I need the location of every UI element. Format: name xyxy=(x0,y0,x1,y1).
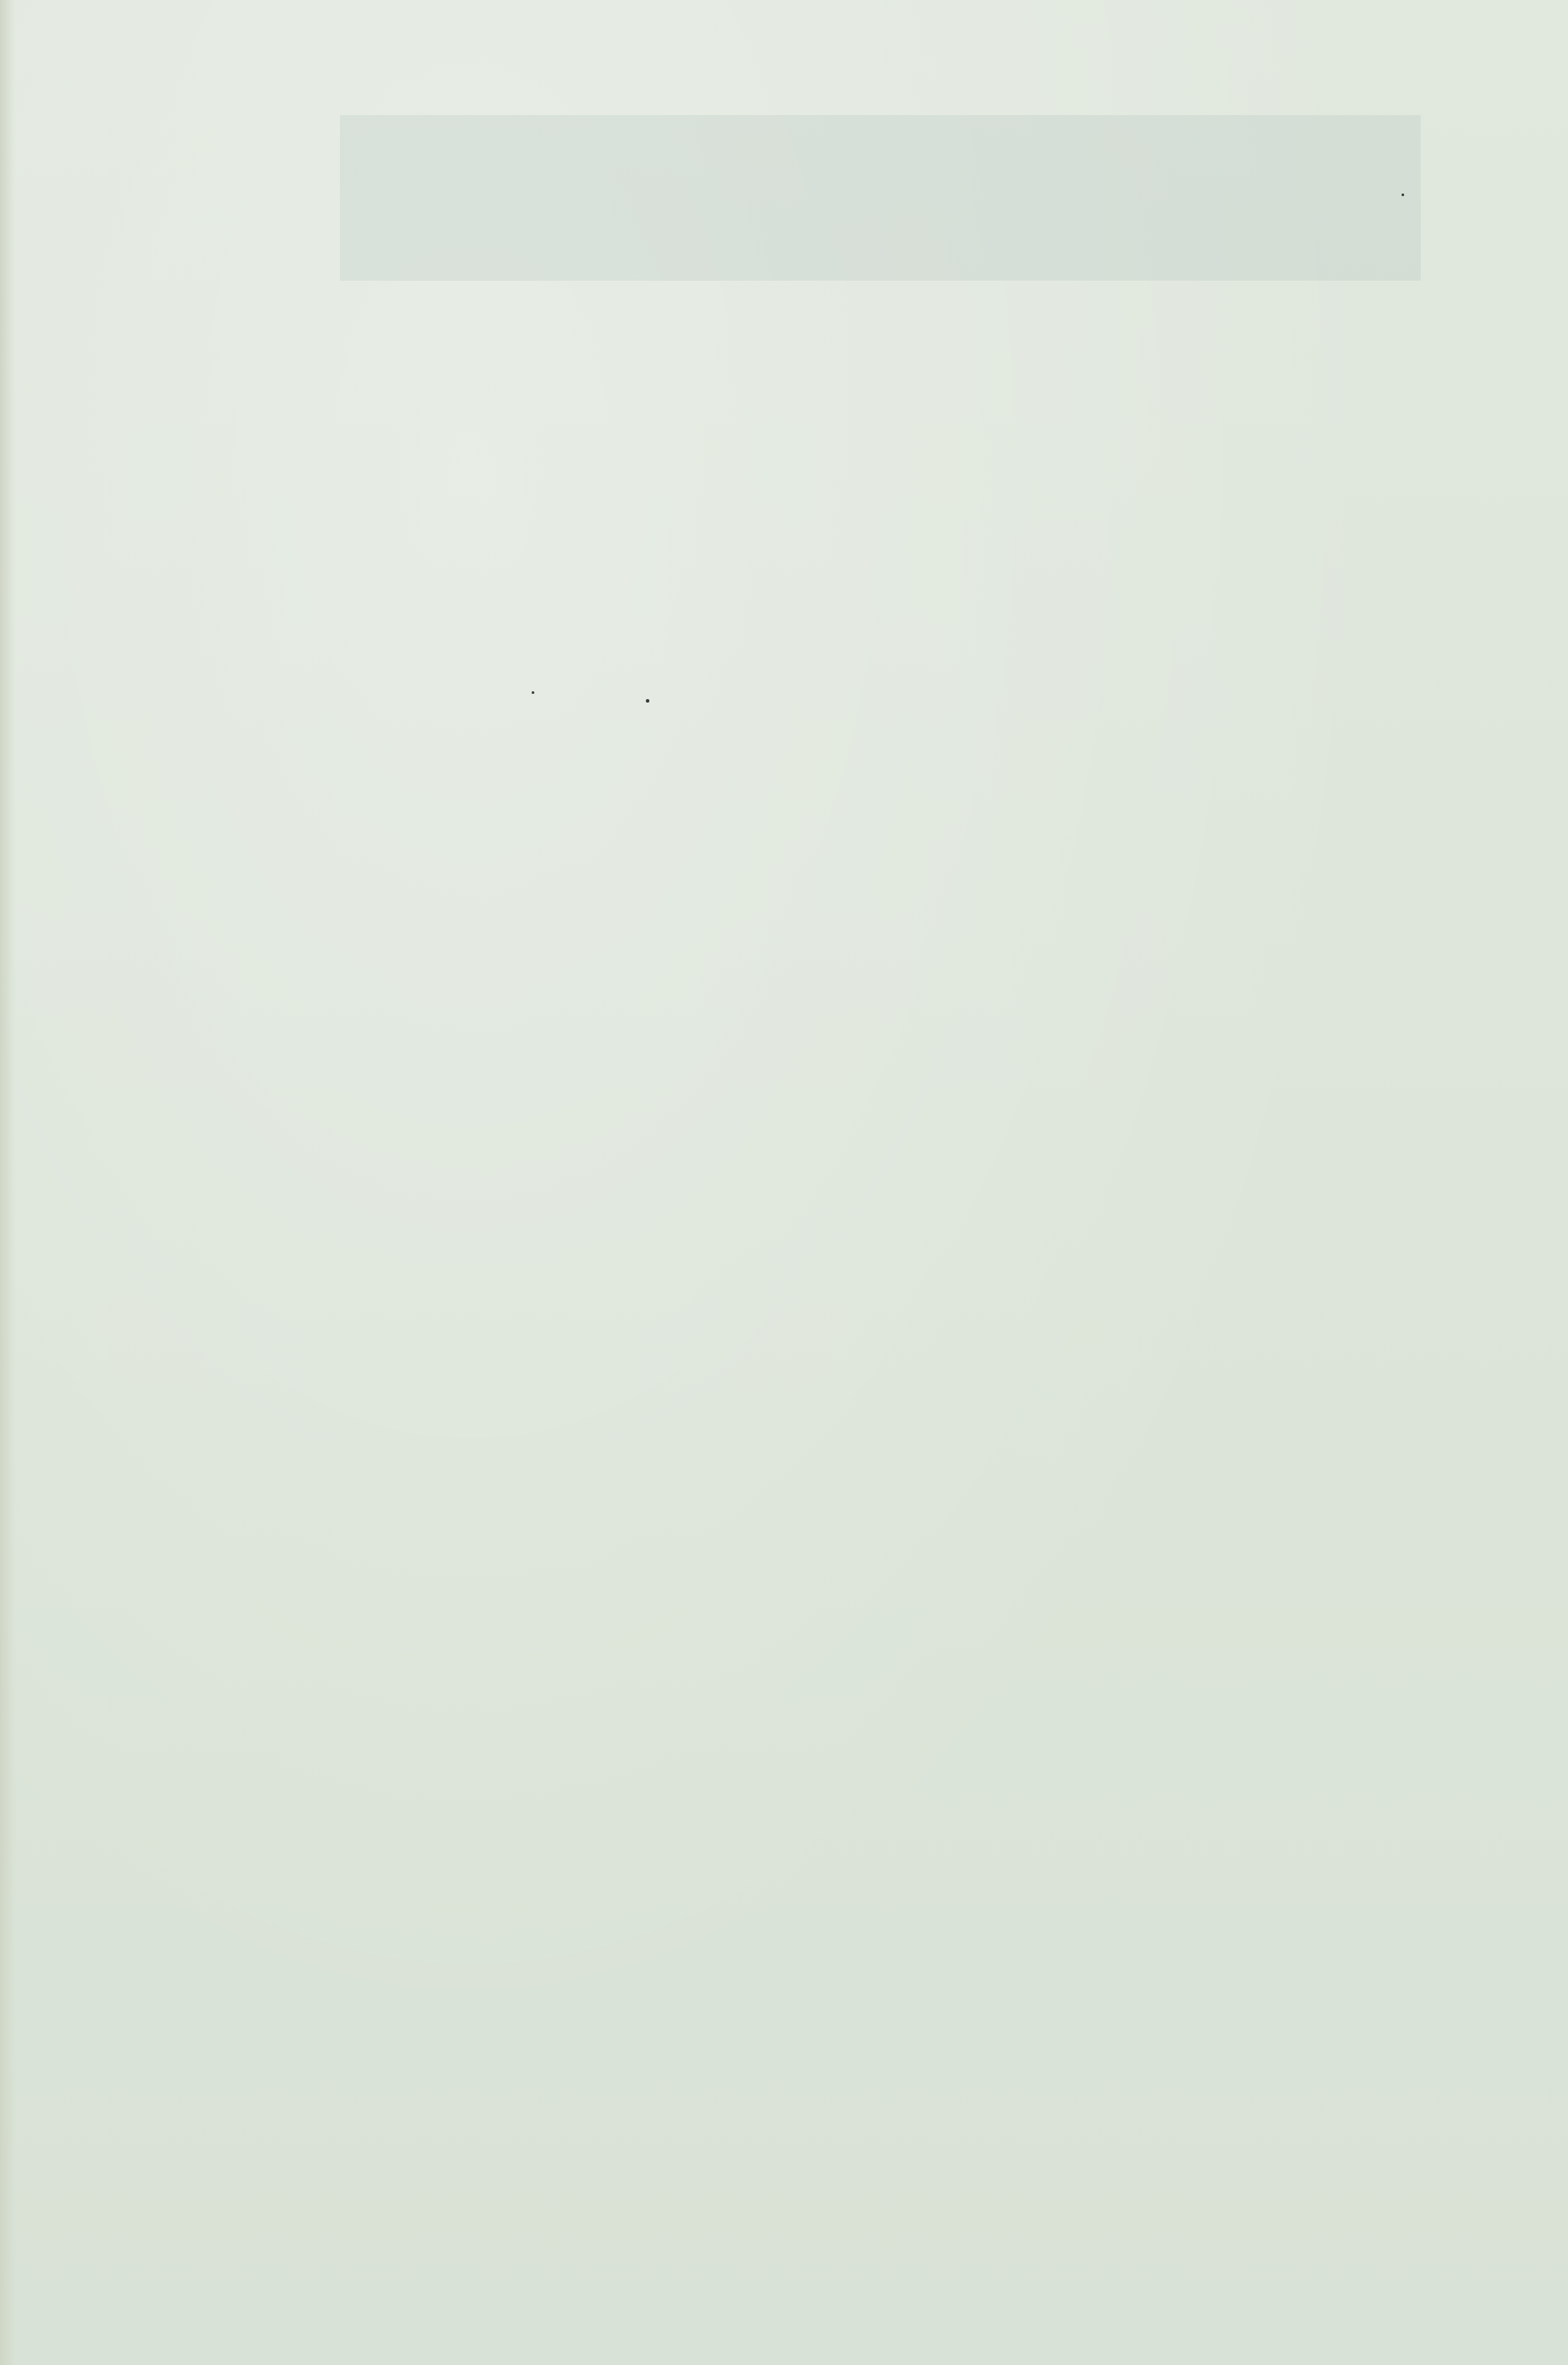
paper-speck xyxy=(1402,194,1404,196)
paper-speck xyxy=(646,699,649,703)
page-left-edge xyxy=(0,0,16,2365)
ghost-heading-box xyxy=(340,115,1421,281)
document-page xyxy=(0,0,1568,2365)
paper-speck xyxy=(532,691,534,694)
